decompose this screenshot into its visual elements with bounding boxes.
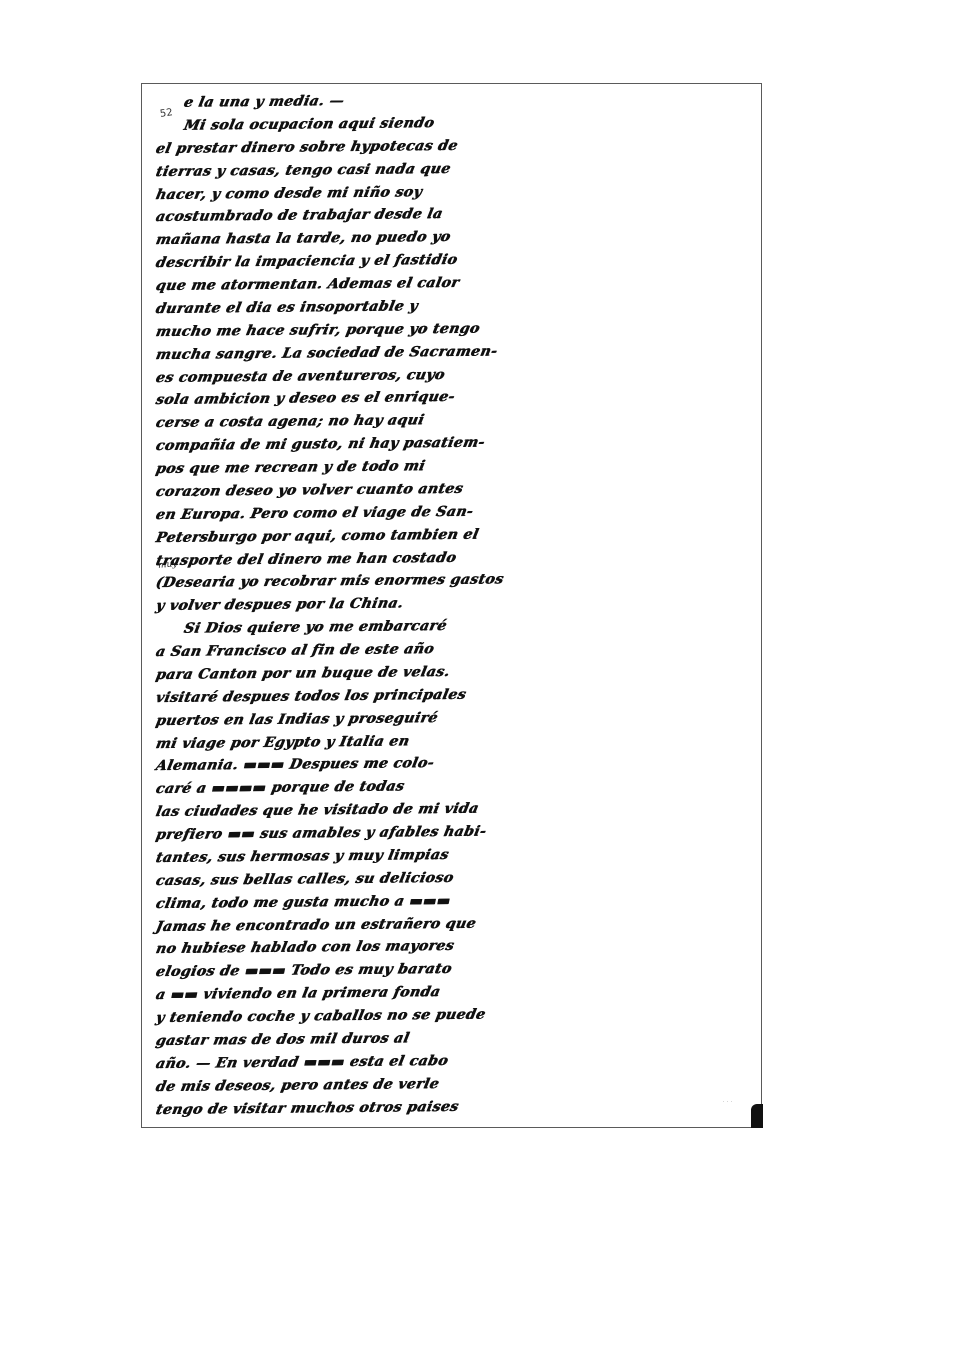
ink-blot	[751, 1104, 763, 1128]
manuscript-text: e la una y media. —Mi sola ocupacion aqu…	[156, 92, 756, 1121]
scan-stamp: · · ·	[723, 1099, 733, 1105]
manuscript-page: 52 muy e la una y media. —Mi sola ocupac…	[141, 83, 762, 1128]
